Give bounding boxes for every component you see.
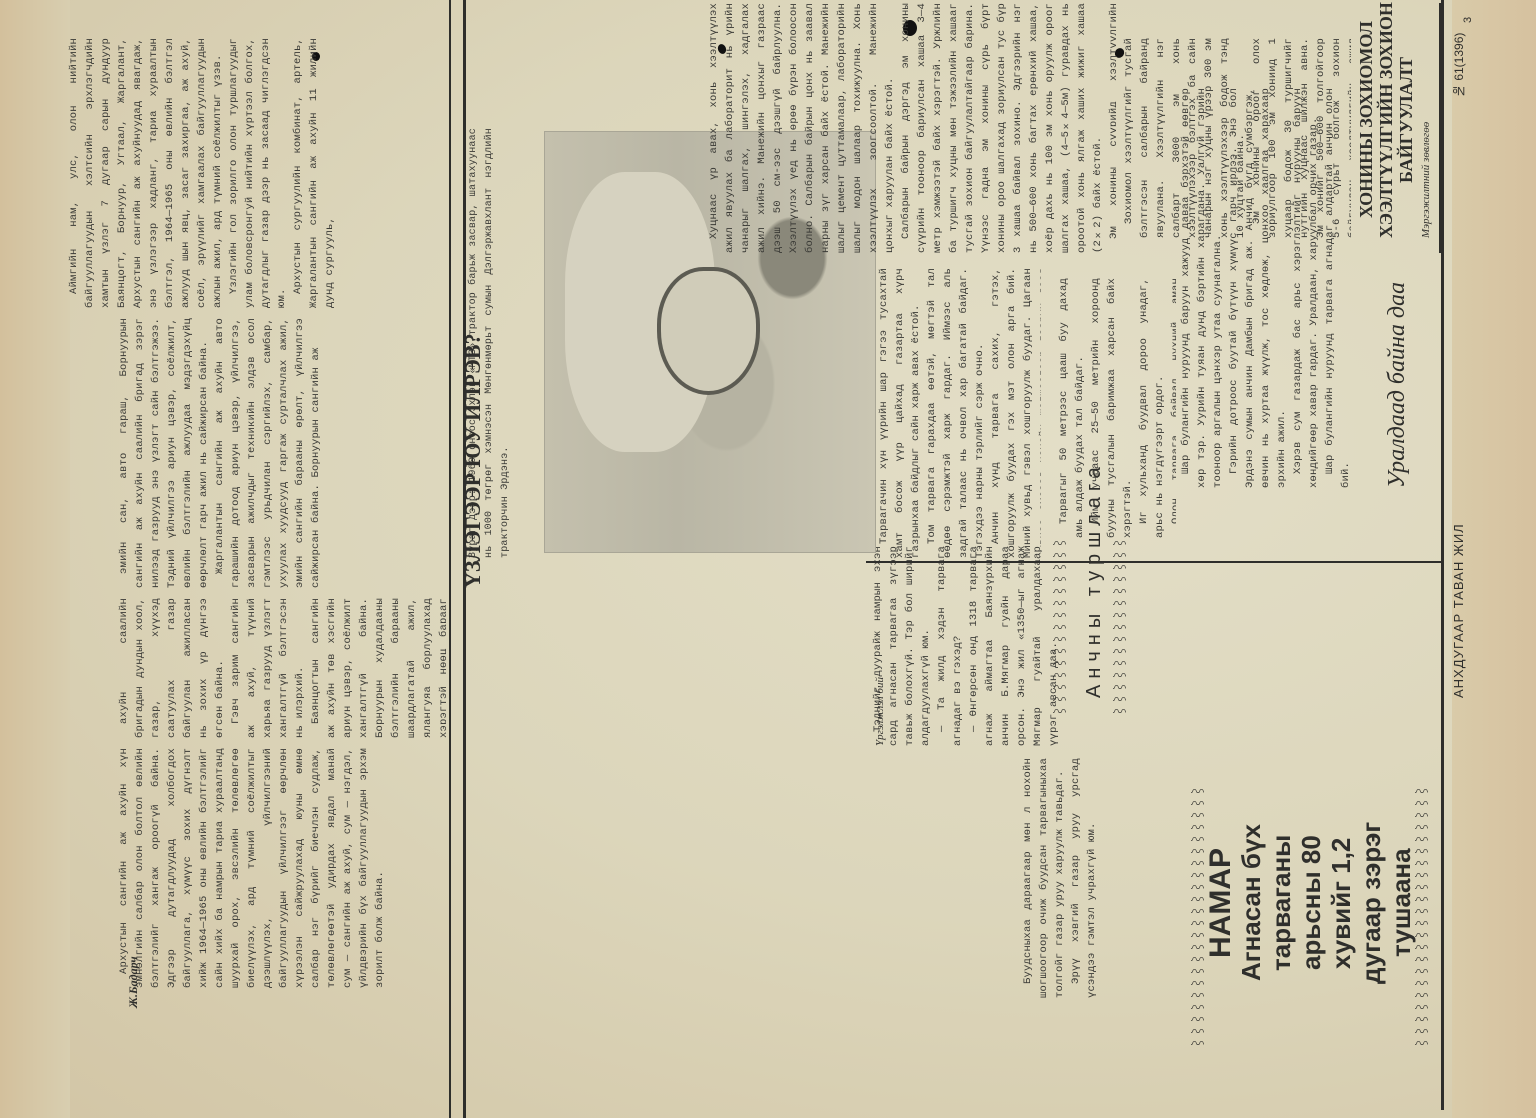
paragraph: Хуцнаас үр авах, хонь хээлтүүлэх ажил яв… (706, 3, 898, 253)
autumn-headline-5: хувийг 1,2 (1326, 768, 1356, 1038)
sheep-title: ХОНИНЫ ЗОХИОМОЛ ХЭЭЛТҮҮЛГИЙН ЗОХИОН БАЙГ… (1356, 2, 1416, 238)
autumn-headline-7: тушаана (1386, 768, 1416, 1038)
autumn-headline-4: арьсны 80 (1296, 768, 1326, 1038)
race-title: Уралдаад байна даа (1384, 282, 1411, 488)
paragraph: Үзлэгийн гол зорилго олон туршлагуудыг у… (226, 38, 290, 308)
page-number: 3 (1462, 17, 1474, 23)
paragraph: Архустын сургуулийн комбинат, артель, Жа… (290, 38, 338, 308)
inspection-middle-column: эмийн сан, авто гараш, Борнуурын сангийн… (116, 318, 446, 588)
paragraph: Олон тарвага байвал нухний аман дээрхийг… (1168, 278, 1176, 538)
sheep-column-1: Зохиомол хээлтүүлгийг тусгай бэлтгэсэн с… (1121, 38, 1351, 238)
paragraph: Эрүү хэвгий газар уруу урсгад үсэндээ гэ… (1068, 758, 1100, 998)
column-rule (449, 0, 451, 1118)
hunters-column-1: Тарвагыг 50 метрээс цааш буу дахад амь а… (1056, 278, 1176, 538)
section-rule (866, 561, 1441, 563)
edition-line: АНХДУГААР ТАВАН ЖИЛ (1451, 523, 1466, 698)
wavy-border: 〰〰〰〰〰〰〰〰〰〰〰〰〰〰〰 (1112, 508, 1126, 718)
newspaper-page: 3 АНХДУГААР ТАВАН ЖИЛ № 61(1396) 〰〰〰〰〰〰〰… (0, 0, 1536, 1118)
autumn-headline-2: Агнасан бүх (1236, 768, 1266, 1038)
paragraph: Зохиомол хээлтүүлгийг тусгай бэлтгэсэн с… (1121, 38, 1249, 238)
paragraph: Анчин хүнд тарвага сахих, гэтэх, хошгору… (988, 268, 1041, 558)
paragraph: Гэвч зарим сангийн аж ахуй, түүний харья… (228, 598, 308, 738)
paragraph: — Өнгөрсөн онд 1318 тарвага агнаж аймагт… (966, 546, 1062, 746)
paragraph: эмийн сан, авто гараш, Борнуурын сангийн… (116, 318, 212, 588)
wavy-border: 〰〰〰〰〰〰〰〰〰〰〰〰〰〰〰 (1052, 508, 1066, 718)
autumn-headline-3: тарваганы (1266, 768, 1296, 1038)
autumn-headline-6: дугаар зэрэг (1356, 768, 1386, 1038)
paragraph: Жаргалантын сангийн аж ахуйн авто гараши… (212, 318, 324, 588)
paragraph: Архустын сангийн аж ахуйн хүн эмнэлгийн … (116, 748, 388, 988)
paragraph: ахуйн саалийн бригадын дундын хоол, газа… (116, 598, 228, 738)
hunters-column-2: Тарвагачин хүн үүрийн шар гэгээ тусахтай… (876, 268, 1041, 558)
paragraph: — Та жилд хэдэн тарвага агнадаг вэ гэхэд… (934, 546, 966, 746)
photo-face (657, 267, 760, 395)
inspection-title: ҮЗЛЭГЭЭР ЮУ ИЛРЭВ? (460, 333, 486, 588)
autumn-headline-1: НАМАР (1206, 768, 1236, 1038)
paragraph: Аймгийн нам, улс, олон нийтийн байгуулла… (66, 38, 226, 308)
issue-number: № 61(1396) (1452, 33, 1466, 98)
inspection-intro-column: Аймгийн нам, улс, олон нийтийн байгуулла… (66, 38, 446, 308)
autumn-column-2: Тэднийг дуурайж намрын эхэн сард агнасан… (870, 546, 1180, 746)
sheep-title-2: ХЭЭЛТҮҮЛГИЙН ЗОХИОН (1376, 2, 1396, 238)
inspection-byline: Ж.Бадарч (126, 956, 141, 1008)
sheep-rubric: Мэргэжилтний зөвлөгөө (1420, 122, 1432, 238)
autumn-byline: Үргэлжлэл бий (874, 677, 886, 746)
masthead-rule (1441, 0, 1444, 1110)
paragraph: Иг хульханд буудвал дороо унадаг, арьс н… (1136, 278, 1168, 538)
wavy-border: 〰〰〰〰〰〰〰〰〰〰〰〰〰〰〰〰〰〰〰〰〰〰 (1190, 760, 1204, 1050)
paragraph: Ийм учраас 25—50 метрийн хороонд буууны … (1088, 278, 1136, 538)
paragraph: Тарвагыг 50 метрээс цааш буу дахад амь а… (1056, 278, 1088, 538)
autumn-column: Буудсныхаа дараагаар мөн л нохойн шогшоо… (1020, 758, 1180, 998)
paragraph: Эм хонины ороог олох зориулгоор 100 эм х… (1249, 38, 1351, 238)
autumn-headline: НАМАР Агнасан бүх тарваганы арьсны 80 ху… (1206, 768, 1416, 1038)
paragraph: Буудсныхаа дараагаар мөн л нохойн шогшоо… (1020, 758, 1068, 998)
paragraph: Том тарвага гарахдаа өөтэй, мөгтэй тал ө… (924, 268, 988, 558)
sheep-title-1: ХОНИНЫ ЗОХИОМОЛ (1356, 2, 1376, 238)
inspection-right-column: ахуйн саалийн бригадын дундын хоол, газа… (116, 598, 446, 738)
wavy-border: 〰〰〰〰〰〰〰〰〰〰〰〰〰〰〰〰〰〰〰〰〰〰 (1414, 760, 1428, 1050)
sheep-rule (1439, 3, 1441, 253)
sheep-column-2: Хуцнаас үр авах, хонь хээлтүүлэх ажил яв… (706, 3, 1116, 253)
paragraph: Эм хонины сүүрийд хээлтүүлгийн салбараас… (1106, 3, 1116, 253)
paragraph: Тарвагачин хүн үүрийн шар гэгээ тусахтай… (876, 268, 924, 558)
paragraph: Баянцогтын сангийн аж ахуйн төв хэсгийн … (308, 598, 446, 738)
paragraph: Салбарын байрын дэргэд эм хонины сүүрийн… (898, 3, 1106, 253)
sheep-title-3: БАЙГУУЛАЛТ (1396, 2, 1416, 238)
inspection-far-column: Архустын сангийн аж ахуйн хүн эмнэлгийн … (116, 748, 446, 988)
